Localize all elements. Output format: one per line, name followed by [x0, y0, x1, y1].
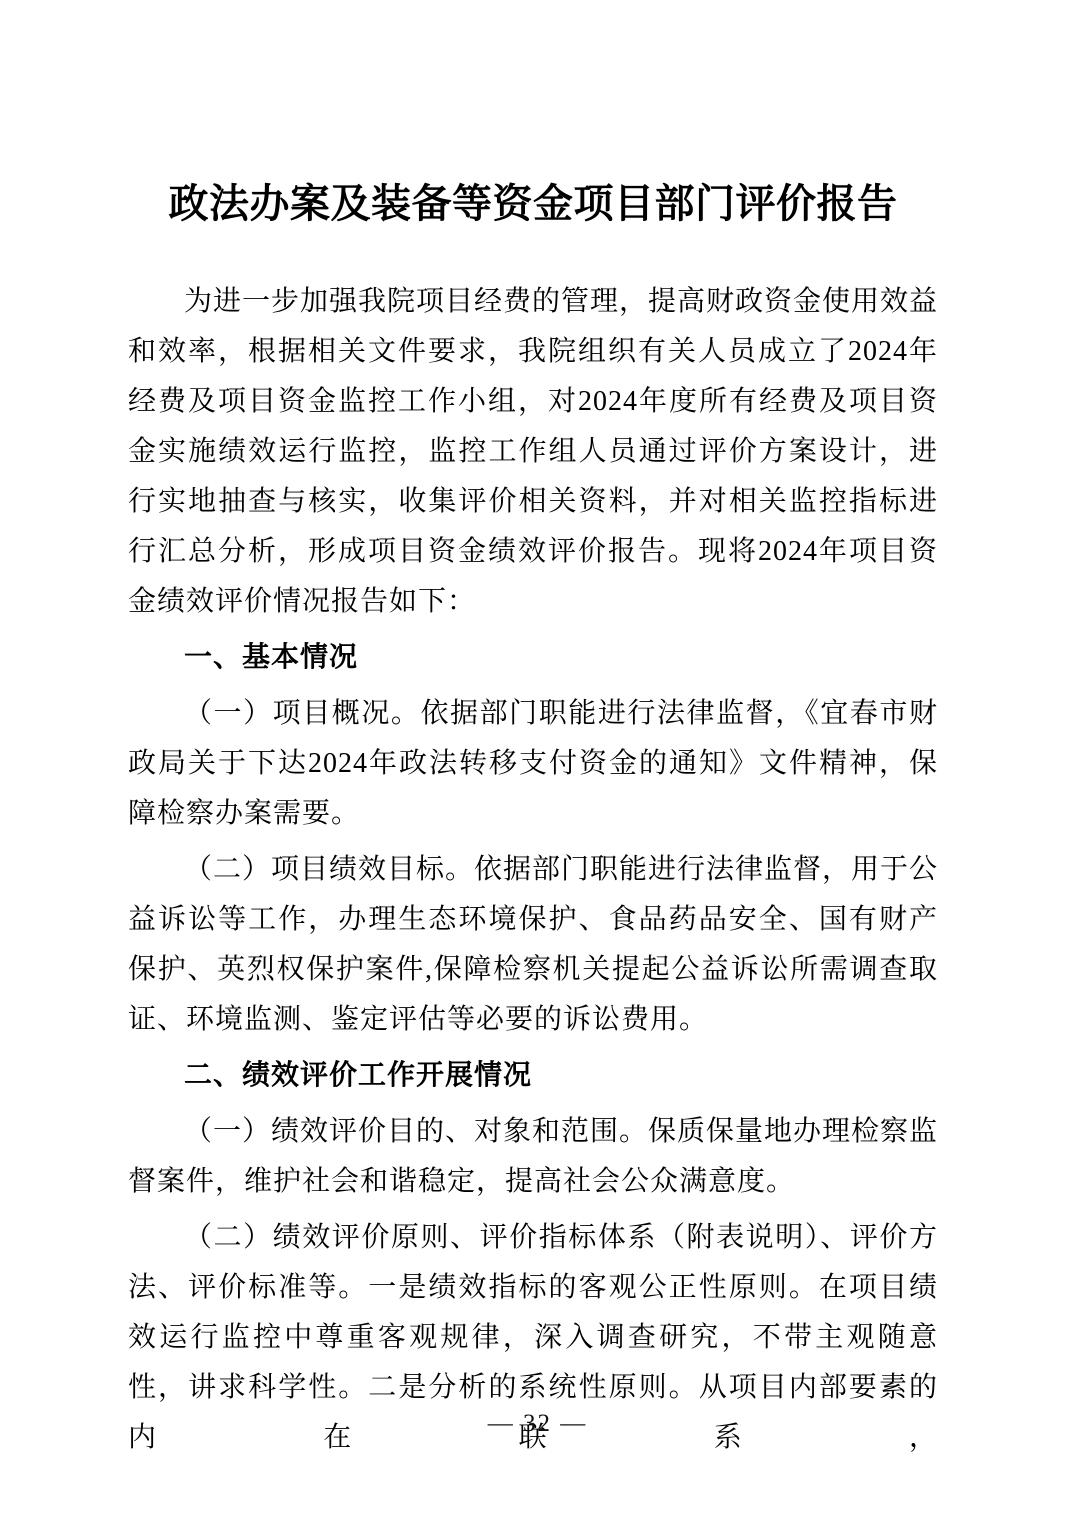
document-title: 政法办案及装备等资金项目部门评价报告 [128, 177, 938, 231]
paragraph-performance-goal: （二）项目绩效目标。依据部门职能进行法律监督，用于公益诉讼等工作，办理生态环境保… [128, 845, 938, 1045]
paragraph-project-overview: （一）项目概况。依据部门职能进行法律监督，《宜春市财政局关于下达2024年政法转… [128, 689, 938, 839]
section-heading-evaluation-work: 二、绩效评价工作开展情况 [128, 1051, 938, 1101]
document-page: 政法办案及装备等资金项目部门评价报告 为进一步加强我院项目经费的管理，提高财政资… [0, 0, 1075, 1520]
document-content: 政法办案及装备等资金项目部门评价报告 为进一步加强我院项目经费的管理，提高财政资… [128, 0, 938, 1463]
page-number: — 32 — [0, 1410, 1075, 1438]
paragraph-evaluation-purpose: （一）绩效评价目的、对象和范围。保质保量地办理检察监督案件，维护社会和谐稳定，提… [128, 1107, 938, 1207]
section-heading-basic-info: 一、基本情况 [128, 633, 938, 683]
paragraph-intro: 为进一步加强我院项目经费的管理，提高财政资金使用效益和效率，根据相关文件要求，我… [128, 277, 938, 627]
